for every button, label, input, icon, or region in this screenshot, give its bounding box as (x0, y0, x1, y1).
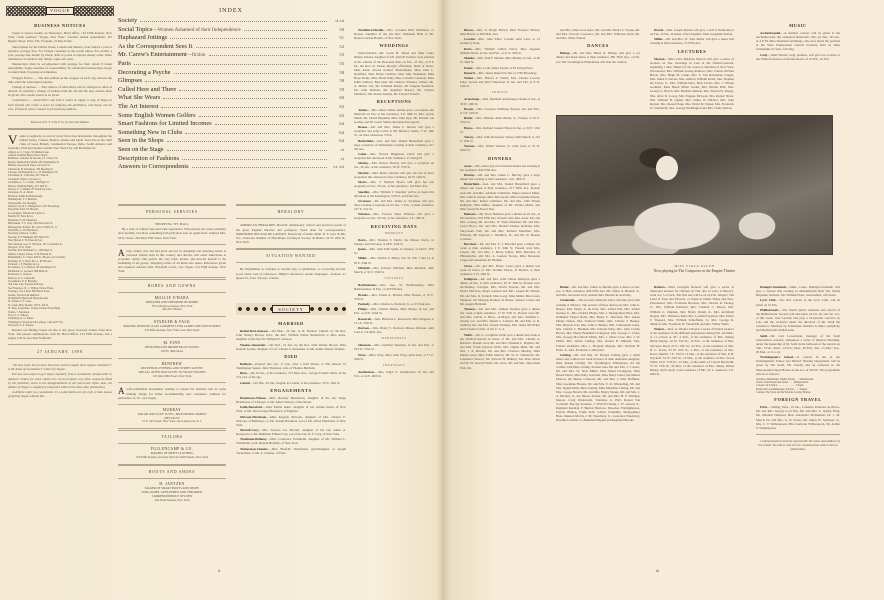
photo-caption-text: Now playing in The Conqueror at the Empi… (556, 269, 833, 273)
notice-text: —Mr. and Mrs. Henry Clews gave a dinner … (460, 264, 540, 276)
right-column-3-top: Drexel.—Mrs. Joseph Drexel will give a b… (650, 28, 734, 111)
divider (236, 262, 346, 263)
notice-item: Breese.—Mr. and Mrs. James L. Breese wil… (354, 125, 434, 137)
heraldry-title: HERALDRY (236, 210, 346, 214)
notice-item: Brooks.—Mrs. Ernest A. Brooks, Miss Broo… (354, 293, 434, 301)
notice-item: Weekes-Alexander.—On Wed., 19 Jan., by t… (236, 343, 346, 351)
divider (118, 316, 226, 317)
divider (236, 248, 346, 250)
leader-dots (134, 64, 327, 65)
divider (118, 443, 226, 444)
index-entry-page: 58 (330, 78, 344, 83)
notice-text: —Mr. and Mrs. John Vinton Dahlgren gave … (460, 277, 540, 306)
receiving-day-label: THURSDAYS (354, 364, 434, 368)
dealers-intro: V ogue is regularly on sale by every fir… (8, 134, 112, 150)
notice-item: Mundé.—Mrs. Paul F. Mundé, Miss Mundé, i… (460, 56, 540, 64)
washburn-notice: Washburn-Hardin.—Mrs. Caroline Hall Wash… (354, 28, 434, 40)
notice-paragraph: "All they need, but no more than they ne… (8, 363, 112, 371)
index-list: Societyii, iiiSocial Topics—Women Ashame… (118, 17, 344, 172)
notice-item: Berwind.—Mr. and Mrs. E. J. Berwind gave… (460, 242, 540, 262)
index-entry-page: 52 (330, 44, 344, 49)
society-banner-label: SOCIETY (272, 305, 310, 313)
divider (118, 404, 226, 405)
robes-ad: RENFREWRECEPTION, EVENING AND STREET GOW… (118, 363, 226, 379)
personal-services-title: PERSONAL SERVICES (118, 210, 226, 214)
dropcap-letter: A (118, 249, 125, 257)
robes-ad: STADLER & FALKMAKERS OF HIGH-CLASS GARME… (118, 321, 226, 333)
notice-item: Seidl.—Mr. Carl Lowenstein, manager of t… (756, 334, 840, 354)
notice-item: Cabot.—Mrs. Francis Higginson Cabot will… (354, 152, 434, 160)
index-entry-title: As the Correspondent Sees It (118, 43, 193, 50)
notice-item: Leland.—On Thu., 20 Jan., Eugene R. Lela… (236, 381, 346, 385)
index-entry-title: Society (118, 17, 137, 24)
notice-text: —Mr. and Mrs. James A. Burden gave a dan… (556, 285, 640, 297)
index-entry[interactable]: Something New in Clubs64 (118, 129, 344, 138)
right-column-2-top: and Mrs. John Jacob Astor, Mr. and Mrs. … (556, 28, 640, 65)
receiving-days-title: RECEIVING DAYS (354, 225, 434, 229)
index-entry[interactable]: Seen in the Shops64 (118, 137, 344, 146)
heraldry-text: AMERICAN HERALDRY. Heraldic emblazonry, … (236, 223, 346, 243)
notice-item: Roosevelt.—Mrs. Hilborne L. Roosevelt, M… (354, 317, 434, 325)
business-paragraph: Subscription for the United States, Cana… (8, 45, 112, 61)
ad-line: Also Bar Harbor (118, 308, 226, 312)
index-entry-page: 59 (330, 87, 344, 92)
index-section: INDEX Societyii, iiiSocial Topics—Women … (118, 8, 344, 172)
index-entry-title: Haphazard Jottings (118, 34, 167, 41)
divider (8, 128, 112, 130)
receptions-title: RECEPTIONS (354, 100, 434, 104)
divider (118, 292, 226, 293)
notice-item: Lyric Club.—The first concert of the Lyr… (756, 298, 840, 306)
notice-text: —Miss Lelia Baldwin Morton will give a s… (650, 57, 734, 110)
foreign-travel-title: FOREIGN TRAVEL (756, 398, 840, 402)
footnote: Communications must be signed with the n… (756, 439, 840, 451)
divider (118, 382, 226, 383)
index-entry[interactable]: Culled Here and There59 (118, 86, 344, 95)
tailor-ad: FULLENCAMP & CO. MAKERS OF MEN'S CLOTHIN… (118, 448, 226, 460)
index-entry-title: The Art Interest (118, 103, 158, 110)
leader-dots (163, 98, 327, 99)
index-entry[interactable]: Paris55 (118, 60, 344, 69)
notice-item: Ijams.—Mrs. John Tabb Ijams, in January,… (354, 247, 434, 255)
notice-item: Ruperti.—Mrs. Justus Ruperti in Jan. at … (460, 71, 540, 75)
notice-item: Astor.—Mrs. Astor gave her farewell dinn… (460, 164, 540, 172)
notice-text: —Mr. G. Creighton Webb gave a dinner las… (460, 333, 540, 370)
notice-item: Hayes.—Mrs. Richard Somers Hayes in Jan.… (460, 126, 540, 134)
notice-name: Hayes. (464, 126, 473, 130)
divider (118, 358, 226, 359)
notice-item: Barclay.—Mr. and Mrs. James L. Barclay g… (460, 173, 540, 181)
business-notices-paragraphs: Vogue is issued weekly on Thursdays. Hea… (8, 31, 112, 97)
society-banner: SOCIETY (236, 303, 346, 315)
business-paragraph: Wrapper Notice. — The date printed on th… (8, 76, 112, 84)
boots-shoes-title: BOOTS AND SHOES (118, 470, 226, 474)
index-entry-title: Description of Fashions (118, 155, 179, 162)
notice-item: Armstrong.—Mrs. Maitland Armstrong at ho… (460, 97, 540, 105)
tailor-line2: 524 Fifth Avenue, between 43rd and 44th … (118, 456, 226, 460)
index-entry[interactable]: Answers to Correspondentsvi, vii (118, 163, 344, 172)
index-entry[interactable]: Societyii, iii (118, 17, 344, 26)
notice-text: —On Thu., 20 Jan., Eugene R. Leland, at … (250, 381, 340, 385)
divider (8, 344, 112, 345)
index-entry[interactable]: What She Wears60 (118, 94, 344, 103)
notice-item: Scrymser.—Mr. and Mrs. James A. Scrymser… (354, 199, 434, 211)
lectures-list-bottom: Roberts.—Miss Georgina Roberts will give… (650, 285, 734, 376)
photo-caption: MISS VIOLA ALLEN Now playing in The Conq… (556, 264, 833, 273)
index-entry-page: ii, iii (330, 18, 344, 23)
notice-item: Butler.—Mr. and Mrs. James A. Burden gav… (556, 285, 640, 297)
notice-item: Davison.—Mrs. Henry V. Davison, Misses D… (354, 326, 434, 334)
index-entry-title: Answers to Correspondents (118, 163, 189, 170)
engagements-title: ENGAGEMENTS (236, 389, 346, 393)
divider (756, 434, 840, 435)
at-home-list: Brown.—Mrs. E. Bergh Brown, Miss Florenc… (460, 28, 540, 88)
notice-item: Butterfield.—Gen. and Mrs. Daniel Butter… (354, 139, 434, 151)
index-entry-title: Glimpses (118, 77, 142, 84)
fridays-label: FRIDAYS (460, 91, 540, 95)
divider (118, 204, 226, 206)
index-entry-title: Some English Women Golfers (118, 112, 196, 119)
concert-programme: Overture, Midsummer Night's Dream . . . … (756, 378, 840, 394)
index-entry[interactable]: The Art Interest63 (118, 103, 344, 112)
receiving-days-list: MONDAYSDavis.—Mrs. Thomas T. Davis, the … (354, 232, 434, 378)
masthead-label: VOGUE (46, 7, 74, 15)
dealers-intro-text: ogue is regularly on sale by every first… (8, 134, 112, 150)
index-entry-title: Smart Fashions for Limited Incomes (118, 120, 212, 127)
notice-item: Wiener.—Prof. A. Wiener will give a seri… (650, 327, 734, 376)
index-entry-page: 63 (330, 104, 344, 109)
notice-item: Iselin-Beresford.—Miss Emilie Iselin, da… (236, 405, 346, 413)
index-entry-title: Decorating a Psyche (118, 69, 171, 76)
music-title: MUSIC (756, 24, 840, 28)
right-column-3-bottom: Roberts.—Miss Georgina Roberts will give… (650, 285, 734, 377)
index-entry[interactable]: Glimpses58 (118, 77, 344, 86)
notice-item: Morrell-Cary.—Mrs. Frances Lee Morrell, … (236, 428, 346, 436)
notice-item: Watson.—Mrs. Walter Watson, Jr., until L… (460, 144, 540, 152)
divider (118, 218, 226, 219)
portrait-photo (556, 115, 833, 255)
index-entry[interactable]: As the Correspondent Sees It52 (118, 43, 344, 52)
dance-col2-list: Drexel.—Mrs. Joseph Drexel will give a b… (650, 28, 734, 46)
weddings-title: WEDDINGS (354, 44, 434, 48)
divider (8, 115, 112, 116)
index-entry[interactable]: Haphazard Jottings51 (118, 34, 344, 43)
leader-dots (192, 167, 327, 168)
leader-dots (140, 21, 327, 22)
entered-notice: Entered at N. Y. City P. O. as 2d Class … (8, 120, 112, 124)
leader-dots (196, 47, 327, 48)
receiving-day-label: TUESDAYS (354, 277, 434, 281)
dressmaker-text: well-established dressmaker wishing to e… (118, 387, 226, 399)
leader-dots (167, 141, 327, 142)
notice-item: Aschenbroedel.—A matinee concert will be… (756, 31, 840, 51)
index-entry-title: Seen on the Stage (118, 146, 164, 153)
index-entry-page: vi (330, 156, 344, 161)
leader-dots (215, 124, 327, 125)
notice-name: Pooler. (464, 66, 473, 70)
business-notices-title: BUSINESS NOTICES (8, 24, 112, 28)
leader-dots (145, 81, 327, 82)
dropcap-letter: V (8, 134, 17, 145)
dinner-tail: and Mrs. John Jacob Astor, Mr. and Mrs. … (556, 28, 640, 40)
notice-text: —Mrs. Thomas T. Davis, the Misses Davis,… (354, 238, 434, 246)
leader-dots (167, 150, 327, 151)
leader-dots (179, 90, 327, 91)
divider (118, 337, 226, 338)
index-entry-title: Culled Here and There (118, 86, 176, 93)
index-entry-page: 64 (330, 130, 344, 135)
ad-line: 533 Fifth Avenue, New York, near 44th St… (118, 329, 226, 333)
leader-dots (170, 38, 327, 39)
notice-item: Webb.—Mr. G. Creighton Webb gave a dinne… (460, 333, 540, 370)
index-entry-page: 55 (330, 61, 344, 66)
index-entry[interactable]: Seen on the Stagevi (118, 146, 344, 155)
business-italic-note: Contributors — Subscribers who find it u… (8, 98, 112, 110)
notice-text: —Miss Harriet Cady, pianiste, will give … (756, 53, 840, 61)
notice-item: Walter.—Mrs. Harriet A. Walter, Mrs. Cha… (460, 76, 540, 88)
dropcap-letter: A (118, 387, 125, 395)
notice-item: Mitchell.—Mrs. Edward Mitchell, Miss Mit… (354, 266, 434, 274)
notice-item: Philharmonic.—The fourth public rehearsa… (756, 308, 840, 333)
index-entry[interactable]: Some English Women Golfers63 (118, 112, 344, 121)
ad-line: 119 West 39th Street, New York (118, 375, 226, 379)
page-gutter (436, 0, 450, 600)
index-entry-note: —fiction (187, 52, 206, 58)
notice-text: —Mrs. Astor gave her farewell dinner las… (460, 164, 540, 172)
newsdealer-notice: "All they need, but no more than they ne… (8, 363, 112, 398)
photo-subject: MISS VIOLA ALLEN (556, 264, 833, 268)
notice-text: —Mr. and Mrs. W. Starr Miller will give … (650, 37, 734, 45)
notice-text: —Gen. and Mrs. Daniel Butterfield gave a… (460, 182, 540, 211)
notice-text: —Sailing, Wed., 19 Jan., Countess Penalo… (756, 405, 840, 429)
murray-line3: 15 E. 42d Street, New York; also Lakewoo… (118, 420, 226, 424)
notice-name: Ruperti. (464, 71, 475, 75)
divider (118, 478, 226, 479)
divider (236, 204, 346, 206)
died-list: Baldwin.—Entered into rest, 17 Jan., aft… (236, 362, 346, 385)
right-column-2-bottom: Butler.—Mr. and Mrs. James A. Burden gav… (556, 285, 640, 424)
notice-item: Myers.—Mrs. T. Halsted Myers will give h… (354, 180, 434, 188)
murray-ad: MURRAY TAILOR AND GOLF SUITS—HIGH RIDING… (118, 409, 226, 425)
notice-text: —Mr. and Mrs. W. Bayard Cutting gave a s… (556, 353, 640, 423)
notice-item: Peabody.—Mrs. Charles A. Peabody, Jr., a… (354, 302, 434, 306)
notice-item: Baldwin.—Entered into rest, 17 Jan., aft… (236, 362, 346, 370)
notice-item: Davis.—Mrs. William Gilbert Davis, Miss … (460, 47, 540, 55)
notice-text: —Mrs. Louis James Pooler, at 83 Irving P… (473, 66, 533, 70)
business-paragraph: Change of address. — The address of subs… (8, 85, 112, 97)
notice-item: Workingman's School.—A concert in aid of… (756, 355, 840, 375)
notice-item: Cady.—Miss Harriet Cady, pianiste, will … (756, 53, 840, 61)
robes-ads-list: MOLLIE O'HARADESIGNER AND IMPORTER OF RO… (118, 297, 226, 384)
notice-item: Auchincloss.—Mrs. Edgar S. Auchincloss, … (354, 370, 434, 378)
divider (118, 428, 226, 430)
index-entry-title: Seen in the Shops (118, 137, 164, 144)
married-list: Rutherfurd-Jackson.—On Mon., 24 Jan., at… (236, 329, 346, 351)
notice-item: Miller.—Mrs. Charles E. Miller, Jan. 31,… (354, 256, 434, 264)
notice-item: Smedley.—Mrs. William T. Smedley will be… (354, 190, 434, 198)
notice-text: —Miss Georgina Roberts will give a serie… (650, 285, 734, 326)
notice-item: Roberts.—Miss Georgina Roberts will give… (650, 285, 734, 326)
dateline: 27 JANUARY, 1898 (8, 350, 112, 354)
leader-dots (161, 107, 327, 108)
notice-item: McLean-Harriman.—Miss Eugenie McLean, da… (236, 415, 346, 427)
foreign-travel-list: Paris.—Sailing, Wed., 19 Jan., Countess … (756, 405, 840, 430)
lady-shopper-text: lady wishes who has had great success in… (118, 249, 226, 273)
index-entry-title: What She Wears (118, 94, 160, 101)
divider (118, 464, 226, 466)
index-title: INDEX (118, 8, 344, 14)
tailors-title: TAILORS (118, 435, 226, 439)
notice-item: Damiger-Tombault.—Mme. Laura Damiger-Tom… (756, 285, 840, 297)
index-entry[interactable]: Mr. Carew's Entertainment—fiction53 (118, 51, 344, 60)
dances-list-top: Bishop.—Mr. and Mrs. Heber R. Bishop wil… (556, 51, 640, 63)
notice-item: Butler.—Mrs. William Allen Butler, Jr., … (460, 116, 540, 124)
society-column: MARRIED Rutherfurd-Jackson.—On Mon., 24 … (236, 318, 346, 456)
notice-item: Adams.—Mrs. Albert James Adams gave a re… (354, 108, 434, 124)
weddings-text: Junod-Ireland.—Mr. Louis H. Junod and Mi… (354, 51, 434, 96)
divider (236, 218, 346, 219)
notice-item: Thomas.—Mr. and Mrs. Samuel Thomas gave … (460, 307, 540, 332)
index-entry[interactable]: Smart Fashions for Limited Incomes64 (118, 120, 344, 129)
index-entry-page: vi, vii (330, 164, 344, 169)
receiving-day-label: WEDNESDAYS (354, 337, 434, 341)
notice-text: —On 18 Jan., at his residence, 275 Mad. … (236, 371, 346, 379)
music-list-top: Aschenbroedel.—A matinee concert will be… (756, 31, 840, 61)
notice-item: Bowen.—Mrs. Clarence Winthrop Bowen, Jan… (460, 107, 540, 115)
notice-item: Drexel.—Mrs. Joseph Drexel will give a b… (650, 28, 734, 36)
notice-name: Leland. (240, 381, 250, 385)
notice-item: Tousey.—Mrs. John Newbouse Tousey until … (460, 135, 540, 143)
notice-item: Tremholm-Bellamy.—Miss Constance Tremhol… (236, 437, 346, 445)
leader-dots (199, 116, 327, 117)
advertisements-column: PERSONAL SERVICES SHOPPING BY MAIL By a … (118, 200, 226, 503)
notice-text: —Mr. and Mrs. Samuel Thomas gave a dinne… (460, 307, 540, 331)
index-entry-title: Something New in Clubs (118, 129, 182, 136)
notice-item: Bishop.—Mr. and Mrs. Heber R. Bishop wil… (556, 51, 640, 63)
programme-item: Czardas, The Swan and the Skylark, Gorin… (756, 391, 840, 394)
notice-item: Davis.—Mrs. Thomas T. Davis, the Misses … (354, 238, 434, 246)
notice-item: Clews.—Mr. and Mrs. Henry Clews gave a d… (460, 264, 540, 276)
index-entry-page: 51 (330, 35, 344, 40)
notice-paragraph: A definite order to a newsdealer or a su… (8, 390, 112, 398)
situation-wanted-title: SITUATION WANTED (236, 254, 346, 258)
notice-text: —Prof. A. Wiener will give a series of F… (650, 327, 734, 376)
notice-text: —Mrs. Charles A. Peabody, Jr., at 23 Par… (370, 302, 430, 306)
music-list-bottom: Damiger-Tombault.—Mme. Laura Damiger-Tom… (756, 285, 840, 376)
notice-item: Mortier.—Miss Henry Mortier will give th… (354, 171, 434, 179)
notice-text: —Miss Wray, Miss Julia Wray, until Lent,… (354, 353, 434, 361)
dances-title: DANCES (556, 44, 640, 48)
index-entry-page: 63 (330, 113, 344, 118)
notice-name: Peabody. (358, 302, 370, 306)
notice-item: Butterfield.—Gen. and Mrs. Daniel Butter… (460, 182, 540, 211)
index-entry[interactable]: Description of Fashionsvi (118, 155, 344, 164)
robes-gowns-title: ROBES AND GOWNS (118, 284, 226, 288)
notice-item: Belmont.—Mr. Perry Belmont gave a dinner… (460, 212, 540, 241)
boots-ad: H. JANTZEN MAKER OF SMART BOOTS AND SHOE… (118, 483, 226, 503)
ornament-pattern-right (74, 6, 114, 16)
dealers-closing: Readers not finding Vogue on sale at any… (8, 328, 112, 340)
died-title: DIED (236, 355, 346, 359)
boots-line4: 244 Sixth Avenue, New York (118, 499, 226, 503)
lady-shopper-ad: Alady wishes who has had great success i… (118, 249, 226, 274)
divider (118, 277, 226, 279)
notice-text: —Mr. Carl Lowenstein, manager of the Sei… (756, 334, 840, 354)
music-column-bottom: Damiger-Tombault.—Mme. Laura Damiger-Tom… (756, 285, 840, 452)
index-entry-title: Social Topics—Women Ashamed of their Ind… (118, 26, 241, 33)
notice-item: Maclay.—Mrs. Robert Maclay will give a r… (354, 161, 434, 169)
receiving-day-label: MONDAYS (354, 232, 434, 236)
notice-item: Phelps.—Mrs. Charles Phelps, Miss Phelps… (354, 307, 434, 315)
robes-ad: MOLLIE O'HARADESIGNER AND IMPORTER OF RO… (118, 297, 226, 313)
leader-dots (209, 55, 327, 56)
business-notices-column: BUSINESS NOTICES Vogue is issued weekly … (8, 20, 112, 399)
notice-item: Bartholomew.—Mrs. Geo. W. Bartholomew, M… (354, 283, 434, 291)
index-entry-page: 64 (330, 138, 344, 143)
notice-text: —Mrs. Justus Ruperti in Jan. at 1700 Bro… (475, 71, 537, 75)
right-column-1: Brown.—Mrs. E. Bergh Brown, Miss Florenc… (460, 28, 540, 371)
leader-dots (174, 73, 327, 74)
leader-dots (182, 159, 327, 160)
index-entry[interactable]: Social Topics—Women Ashamed of their Ind… (118, 26, 344, 35)
business-paragraph: Vogue is issued weekly on Thursdays. Hea… (8, 31, 112, 43)
lectures-title: LECTURES (650, 50, 734, 54)
notice-item: Cinderella.—The second Cinderella dance … (556, 298, 640, 351)
notice-item: Paris.—Sailing, Wed., 19 Jan., Countess … (756, 405, 840, 430)
notice-text: —Mrs. William Gilbert Davis, Miss August… (460, 47, 540, 55)
leader-dots (244, 30, 327, 31)
notice-item: Winslow.—Mrs. Frances Dana Winslow will … (354, 212, 434, 220)
notice-name: Ijams. (358, 247, 367, 251)
lectures-list-top: Morton.—Miss Lelia Baldwin Morton will g… (650, 57, 734, 110)
index-entry[interactable]: Decorating a Psyche58 (118, 69, 344, 78)
notice-item: Morton.—Miss Lelia Baldwin Morton will g… (650, 57, 734, 110)
index-entry-note: —Women Ashamed of their Independence (152, 27, 240, 33)
society-center-column: Washburn-Hardin.—Mrs. Caroline Hall Wash… (354, 28, 434, 379)
vogue-masthead: VOGUE (6, 4, 114, 18)
index-entry-page: 58 (330, 70, 344, 75)
index-entry-page: 50 (330, 27, 344, 32)
dressmaker-ad: Awell-established dressmaker wishing to … (118, 387, 226, 399)
notice-text: —The second Cinderella dance will take p… (556, 298, 640, 351)
heraldry-society-column: HERALDRY AMERICAN HERALDRY. Heraldic emb… (236, 200, 346, 281)
divider (118, 244, 226, 245)
notice-item: Miller.—Mr. and Mrs. W. Starr Miller wil… (650, 37, 734, 45)
index-entry-title: Mr. Carew's Entertainment—fiction (118, 51, 206, 58)
dealer-list: Albany, A. C. Clapp, 32 Maiden Lane.Atla… (8, 151, 112, 328)
notice-item: Dahlgren.—Mr. and Mrs. John Vinton Dahlg… (460, 277, 540, 306)
notice-item: Pooler.—Mrs. Louis James Pooler, at 83 I… (460, 66, 540, 70)
receptions-list: Adams.—Mrs. Albert James Adams gave a re… (354, 108, 434, 221)
index-entry-page: vi (330, 147, 344, 152)
music-column-top: MUSIC Aschenbroedel.—A matinee concert w… (756, 20, 840, 62)
notice-item: Rutherfurd-Jackson.—On Mon., 24 Jan., at… (236, 329, 346, 341)
engagements-list: Henderson-Wilson.—Miss Dorothy Henderson… (236, 396, 346, 455)
fridays-list: Armstrong.—Mrs. Maitland Armstrong at ho… (460, 97, 540, 152)
index-entry-page: 53 (330, 52, 344, 57)
notice-text: —Mr. Perry Belmont gave a dinner on 22 J… (460, 212, 540, 241)
business-paragraph: Manuscripts must be accompanied with pos… (8, 62, 112, 74)
notice-item: Sherman.—Mrs. Gardiner Sherman, in Jan. … (354, 343, 434, 351)
dinners-list: Astor.—Mrs. Astor gave her farewell dinn… (460, 164, 540, 370)
situation-wanted-text: By Englishman as caretaker to invalid la… (236, 267, 346, 279)
robes-ad: M. FINNDESIGNER AND IMPORTER OF GOWNS109… (118, 342, 226, 354)
ornament-pattern-left (6, 6, 46, 16)
shopping-text: By a lady of refined taste and wide expe… (118, 227, 226, 239)
notice-item: Wray.—Miss Wray, Miss Julia Wray, until … (354, 353, 434, 361)
notice-text: —Mrs. John Tabb Ijams, in January, at 24… (354, 247, 434, 255)
dinners-title: DINNERS (460, 157, 540, 161)
